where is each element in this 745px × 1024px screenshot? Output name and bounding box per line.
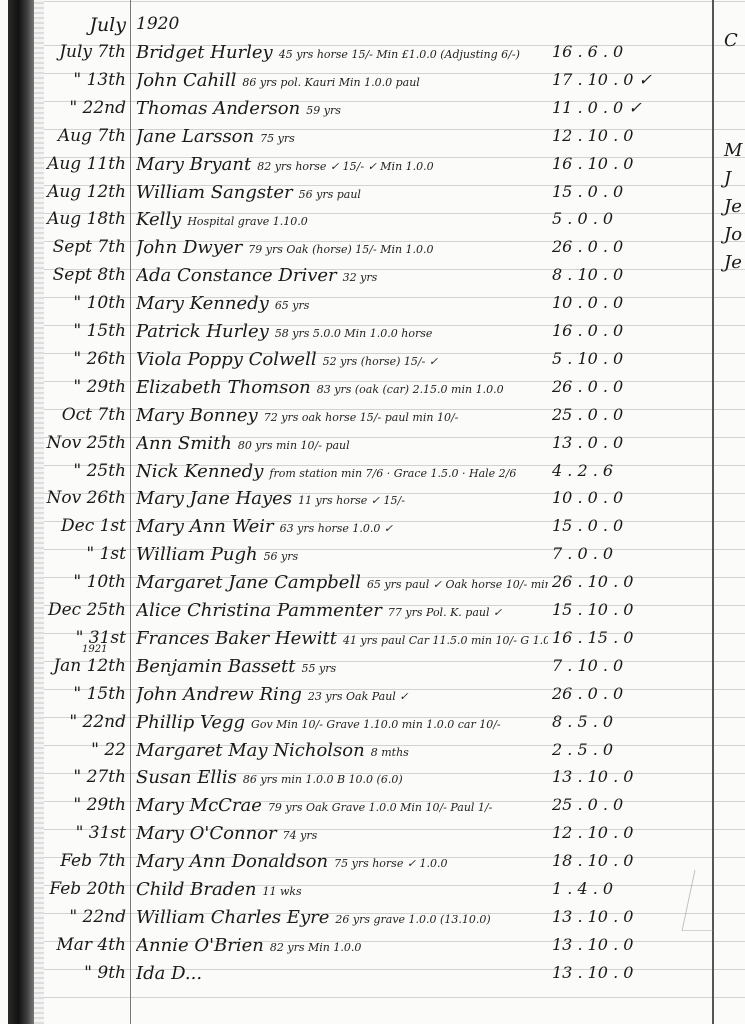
entry-text: Susan Ellis86 yrs min 1.0.0 B 10.0 (6.0)	[136, 767, 548, 788]
header-year: 1920	[136, 14, 548, 34]
entry-amount: 13 . 10 . 0	[552, 767, 662, 786]
margin-note: Jo	[724, 224, 745, 245]
entry-text: Bridget Hurley45 yrs horse 15/- Min £1.0…	[136, 42, 548, 63]
entry-amount: 5 . 10 . 0	[552, 349, 662, 368]
entry-amount: 10 . 0 . 0	[552, 488, 662, 507]
deceased-name: Ada Constance Driver	[136, 265, 337, 286]
entry-amount: 7 . 10 . 0	[552, 656, 662, 675]
entry-date: Feb 7th	[40, 851, 126, 871]
entry-text: John Cahill86 yrs pol. Kauri Min 1.0.0 p…	[136, 70, 548, 91]
entry-text: Ida D...	[136, 963, 548, 984]
entry-amount: 25 . 0 . 0	[552, 405, 662, 424]
ledger-row: Aug 11thMary Bryant82 yrs horse ✓ 15/- ✓…	[0, 154, 745, 182]
entry-details: 59 yrs	[306, 104, 341, 117]
entry-text: Ada Constance Driver32 yrs	[136, 265, 548, 286]
deceased-name: Elizabeth Thomson	[136, 377, 311, 398]
ledger-row: " 15thPatrick Hurley58 yrs 5.0.0 Min 1.0…	[0, 321, 745, 349]
entry-text: John Andrew Ring23 yrs Oak Paul ✓	[136, 684, 548, 705]
entry-details: 72 yrs oak horse 15/- paul min 10/-	[264, 411, 459, 424]
entry-amount: 8 . 10 . 0	[552, 265, 662, 284]
entry-details: 55 yrs	[301, 662, 336, 675]
entry-text: Mary Bonney72 yrs oak horse 15/- paul mi…	[136, 405, 548, 426]
margin-note: M	[724, 140, 745, 161]
entry-amount: 26 . 10 . 0	[552, 572, 662, 591]
entry-amount: 11 . 0 . 0 ✓	[552, 98, 662, 117]
deceased-name: Margaret Jane Campbell	[136, 572, 361, 593]
deceased-name: John Andrew Ring	[136, 684, 302, 705]
header-month: July	[40, 14, 126, 36]
entry-details: Hospital grave 1.10.0	[187, 215, 307, 228]
entry-details: 56 yrs paul	[299, 188, 361, 201]
entry-date: " 10th	[40, 293, 126, 313]
ledger-row: Jan 12th1921Benjamin Bassett55 yrs7 . 10…	[0, 656, 745, 684]
deceased-name: Mary Jane Hayes	[136, 488, 292, 509]
deceased-name: Mary Ann Donaldson	[136, 851, 328, 872]
entry-amount: 26 . 0 . 0	[552, 237, 662, 256]
ledger-row: Oct 7thMary Bonney72 yrs oak horse 15/- …	[0, 405, 745, 433]
ledger-row: " 22Margaret May Nicholson8 mths2 . 5 . …	[0, 740, 745, 768]
entry-date: Aug 11th	[40, 154, 126, 174]
entry-date: " 22	[40, 740, 126, 760]
deceased-name: Thomas Anderson	[136, 98, 300, 119]
entry-text: KellyHospital grave 1.10.0	[136, 209, 548, 230]
entry-date: Dec 1st	[40, 516, 126, 536]
entry-text: Frances Baker Hewitt41 yrs paul Car 11.5…	[136, 628, 548, 649]
entry-date: " 10th	[40, 572, 126, 592]
entry-date: Oct 7th	[40, 405, 126, 425]
entry-details: 45 yrs horse 15/- Min £1.0.0 (Adjusting …	[279, 48, 520, 61]
entry-text: Viola Poppy Colwell52 yrs (horse) 15/- ✓	[136, 349, 548, 370]
entry-details: 11 yrs horse ✓ 15/-	[298, 494, 405, 507]
entry-date: Jan 12th	[40, 656, 126, 676]
entry-date: " 9th	[40, 963, 126, 983]
ledger-row: " 27thSusan Ellis86 yrs min 1.0.0 B 10.0…	[0, 767, 745, 795]
ledger-row: " 10thMargaret Jane Campbell65 yrs paul …	[0, 572, 745, 600]
deceased-name: Mary Kennedy	[136, 293, 269, 314]
entry-details: 58 yrs 5.0.0 Min 1.0.0 horse	[275, 327, 433, 340]
ledger-header: July 1920	[0, 14, 745, 42]
entry-details: 63 yrs horse 1.0.0 ✓	[280, 522, 393, 535]
entry-text: Mary Jane Hayes11 yrs horse ✓ 15/-	[136, 488, 548, 509]
entry-date: Aug 18th	[40, 209, 126, 229]
entry-details: 82 yrs horse ✓ 15/- ✓ Min 1.0.0	[257, 160, 433, 173]
ledger-row: " 31stFrances Baker Hewitt41 yrs paul Ca…	[0, 628, 745, 656]
entry-amount: 26 . 0 . 0	[552, 377, 662, 396]
ledger-row: Aug 18thKellyHospital grave 1.10.05 . 0 …	[0, 209, 745, 237]
deceased-name: Mary Bryant	[136, 154, 251, 175]
deceased-name: John Dwyer	[136, 237, 242, 258]
entry-text: Alice Christina Pammenter77 yrs Pol. K. …	[136, 600, 548, 621]
entry-details: 86 yrs pol. Kauri Min 1.0.0 paul	[242, 76, 419, 89]
entry-date: Sept 7th	[40, 237, 126, 257]
entry-details: 79 yrs Oak Grave 1.0.0 Min 10/- Paul 1/-	[268, 801, 492, 814]
deceased-name: Kelly	[136, 209, 181, 230]
ledger-row: Mar 4thAnnie O'Brien82 yrs Min 1.0.013 .…	[0, 935, 745, 963]
deceased-name: Mary McCrae	[136, 795, 262, 816]
margin-note: Je	[724, 196, 745, 217]
entry-amount: 13 . 10 . 0	[552, 935, 662, 954]
deceased-name: Mary Ann Weir	[136, 516, 274, 537]
entry-amount: 15 . 0 . 0	[552, 516, 662, 535]
margin-note: C	[724, 30, 745, 51]
deceased-name: Jane Larsson	[136, 126, 254, 147]
entry-date: " 22nd	[40, 907, 126, 927]
deceased-name: Mary Bonney	[136, 405, 258, 426]
deceased-name: Viola Poppy Colwell	[136, 349, 317, 370]
year-note: 1921	[82, 644, 107, 655]
entry-details: 75 yrs horse ✓ 1.0.0	[334, 857, 447, 870]
deceased-name: Susan Ellis	[136, 767, 237, 788]
entry-amount: 15 . 0 . 0	[552, 182, 662, 201]
entry-amount: 16 . 6 . 0	[552, 42, 662, 61]
deceased-name: Patrick Hurley	[136, 321, 269, 342]
entry-amount: 26 . 0 . 0	[552, 684, 662, 703]
entry-text: William Sangster56 yrs paul	[136, 182, 548, 203]
entry-text: Elizabeth Thomson83 yrs (oak (car) 2.15.…	[136, 377, 548, 398]
ledger-row: " 29thElizabeth Thomson83 yrs (oak (car)…	[0, 377, 745, 405]
ledger-row: " 22ndWilliam Charles Eyre26 yrs grave 1…	[0, 907, 745, 935]
entry-date: Mar 4th	[40, 935, 126, 955]
margin-note: J	[724, 168, 745, 189]
deceased-name: William Pugh	[136, 544, 258, 565]
entry-date: Sept 8th	[40, 265, 126, 285]
deceased-name: Child Braden	[136, 879, 256, 900]
entry-details: 11 wks	[262, 885, 301, 898]
entry-amount: 17 . 10 . 0 ✓	[552, 70, 662, 89]
entry-amount: 10 . 0 . 0	[552, 293, 662, 312]
entry-date: " 1st	[40, 544, 126, 564]
ledger-row: " 22ndThomas Anderson59 yrs11 . 0 . 0 ✓	[0, 98, 745, 126]
entry-amount: 16 . 0 . 0	[552, 321, 662, 340]
entry-text: Thomas Anderson59 yrs	[136, 98, 548, 119]
entry-text: Nick Kennedyfrom station min 7/6 · Grace…	[136, 461, 548, 482]
deceased-name: Ida D...	[136, 963, 202, 984]
entry-details: 75 yrs	[260, 132, 295, 145]
entry-details: 80 yrs min 10/- paul	[238, 439, 350, 452]
entry-date: " 31st	[40, 823, 126, 843]
entry-amount: 15 . 10 . 0	[552, 600, 662, 619]
entry-text: Annie O'Brien82 yrs Min 1.0.0	[136, 935, 548, 956]
entry-text: Mary Ann Weir63 yrs horse 1.0.0 ✓	[136, 516, 548, 537]
entry-date: July 7th	[40, 42, 126, 62]
entry-details: 83 yrs (oak (car) 2.15.0 min 1.0.0	[317, 383, 504, 396]
entry-details: 65 yrs	[275, 299, 310, 312]
entry-date: Nov 26th	[40, 488, 126, 508]
ledger-row: Sept 7thJohn Dwyer79 yrs Oak (horse) 15/…	[0, 237, 745, 265]
ledger-row: Nov 25thAnn Smith80 yrs min 10/- paul13 …	[0, 433, 745, 461]
ledger-row: " 15thJohn Andrew Ring23 yrs Oak Paul ✓2…	[0, 684, 745, 712]
entry-text: John Dwyer79 yrs Oak (horse) 15/- Min 1.…	[136, 237, 548, 258]
entry-text: Mary Bryant82 yrs horse ✓ 15/- ✓ Min 1.0…	[136, 154, 548, 175]
deceased-name: Mary O'Connor	[136, 823, 277, 844]
entry-date: " 15th	[40, 684, 126, 704]
entry-amount: 13 . 0 . 0	[552, 433, 662, 452]
ledger-row: " 22ndPhillip VeggGov Min 10/- Grave 1.1…	[0, 712, 745, 740]
margin-note: Je	[724, 252, 745, 273]
deceased-name: Alice Christina Pammenter	[136, 600, 382, 621]
entry-date: Dec 25th	[40, 600, 126, 620]
ledger-row: " 26thViola Poppy Colwell52 yrs (horse) …	[0, 349, 745, 377]
entry-text: Mary Ann Donaldson75 yrs horse ✓ 1.0.0	[136, 851, 548, 872]
entry-text: Jane Larsson75 yrs	[136, 126, 548, 147]
entry-details: 77 yrs Pol. K. paul ✓	[388, 606, 502, 619]
entry-details: 8 mths	[371, 746, 409, 759]
ledger-page: July 1920 July 7thBridget Hurley45 yrs h…	[0, 0, 745, 1024]
entry-amount: 16 . 15 . 0	[552, 628, 662, 647]
entry-details: 41 yrs paul Car 11.5.0 min 10/- G 1.0.0	[343, 634, 548, 647]
deceased-name: Margaret May Nicholson	[136, 740, 365, 761]
deceased-name: John Cahill	[136, 70, 236, 91]
entry-text: Margaret May Nicholson8 mths	[136, 740, 548, 761]
entry-details: 56 yrs	[264, 550, 299, 563]
ledger-row: Sept 8thAda Constance Driver32 yrs8 . 10…	[0, 265, 745, 293]
entry-text: Ann Smith80 yrs min 10/- paul	[136, 433, 548, 454]
ledger-row: Dec 25thAlice Christina Pammenter77 yrs …	[0, 600, 745, 628]
ledger-row: Aug 7thJane Larsson75 yrs12 . 10 . 0	[0, 126, 745, 154]
entry-amount: 13 . 10 . 0	[552, 907, 662, 926]
ledger-row: Aug 12thWilliam Sangster56 yrs paul15 . …	[0, 182, 745, 210]
entry-details: 74 yrs	[283, 829, 318, 842]
ledger-row: Feb 7thMary Ann Donaldson75 yrs horse ✓ …	[0, 851, 745, 879]
entry-details: 82 yrs Min 1.0.0	[270, 941, 361, 954]
entry-date: " 13th	[40, 70, 126, 90]
deceased-name: Benjamin Bassett	[136, 656, 295, 677]
entry-date: " 27th	[40, 767, 126, 787]
entry-text: Margaret Jane Campbell65 yrs paul ✓ Oak …	[136, 572, 548, 593]
entry-details: 23 yrs Oak Paul ✓	[308, 690, 409, 703]
ledger-row: July 7thBridget Hurley45 yrs horse 15/- …	[0, 42, 745, 70]
ledger-row: " 29thMary McCrae79 yrs Oak Grave 1.0.0 …	[0, 795, 745, 823]
entry-text: William Charles Eyre26 yrs grave 1.0.0 (…	[136, 907, 548, 928]
entry-date: " 29th	[40, 795, 126, 815]
entry-amount: 2 . 5 . 0	[552, 740, 662, 759]
entry-details: Gov Min 10/- Grave 1.10.0 min 1.0.0 car …	[251, 718, 501, 731]
entry-date: Aug 12th	[40, 182, 126, 202]
deceased-name: William Sangster	[136, 182, 293, 203]
entry-date: " 26th	[40, 349, 126, 369]
entry-date: " 15th	[40, 321, 126, 341]
deceased-name: Nick Kennedy	[136, 461, 263, 482]
entry-date: " 22nd	[40, 98, 126, 118]
deceased-name: Phillip Vegg	[136, 712, 245, 733]
entry-details: 65 yrs paul ✓ Oak horse 10/- min 1.0.0	[367, 578, 548, 591]
deceased-name: Frances Baker Hewitt	[136, 628, 337, 649]
entry-amount: 13 . 10 . 0	[552, 963, 662, 982]
ledger-row: " 25thNick Kennedyfrom station min 7/6 ·…	[0, 461, 745, 489]
ledger-row: Dec 1stMary Ann Weir63 yrs horse 1.0.0 ✓…	[0, 516, 745, 544]
entry-date: Aug 7th	[40, 126, 126, 146]
entry-details: 86 yrs min 1.0.0 B 10.0 (6.0)	[243, 773, 403, 786]
ledger-row: " 1stWilliam Pugh56 yrs7 . 0 . 0	[0, 544, 745, 572]
entry-date: " 29th	[40, 377, 126, 397]
entry-date: " 22nd	[40, 712, 126, 732]
ledger-row: " 9thIda D...13 . 10 . 0	[0, 963, 745, 991]
entry-date: " 25th	[40, 461, 126, 481]
ledger-row: Feb 20thChild Braden11 wks1 . 4 . 0	[0, 879, 745, 907]
entry-text: Mary O'Connor74 yrs	[136, 823, 548, 844]
entry-text: William Pugh56 yrs	[136, 544, 548, 565]
entry-text: Child Braden11 wks	[136, 879, 548, 900]
entry-amount: 4 . 2 . 6	[552, 461, 662, 480]
entry-amount: 12 . 10 . 0	[552, 823, 662, 842]
entry-text: Patrick Hurley58 yrs 5.0.0 Min 1.0.0 hor…	[136, 321, 548, 342]
entry-details: 79 yrs Oak (horse) 15/- Min 1.0.0	[248, 243, 433, 256]
entry-amount: 5 . 0 . 0	[552, 209, 662, 228]
entry-amount: 25 . 0 . 0	[552, 795, 662, 814]
entry-details: 26 yrs grave 1.0.0 (13.10.0)	[335, 913, 490, 926]
ledger-row: " 31stMary O'Connor74 yrs12 . 10 . 0	[0, 823, 745, 851]
entry-text: Mary Kennedy65 yrs	[136, 293, 548, 314]
deceased-name: Annie O'Brien	[136, 935, 264, 956]
entry-date: Feb 20th	[40, 879, 126, 899]
entry-amount: 12 . 10 . 0	[552, 126, 662, 145]
entry-amount: 1 . 4 . 0	[552, 879, 662, 898]
deceased-name: Bridget Hurley	[136, 42, 273, 63]
entry-details: 32 yrs	[343, 271, 378, 284]
entry-text: Phillip VeggGov Min 10/- Grave 1.10.0 mi…	[136, 712, 548, 733]
entry-details: from station min 7/6 · Grace 1.5.0 · Hal…	[269, 467, 516, 480]
entry-amount: 18 . 10 . 0	[552, 851, 662, 870]
ledger-row: " 10thMary Kennedy65 yrs10 . 0 . 0	[0, 293, 745, 321]
entry-amount: 8 . 5 . 0	[552, 712, 662, 731]
entry-amount: 7 . 0 . 0	[552, 544, 662, 563]
ledger-row: Nov 26thMary Jane Hayes11 yrs horse ✓ 15…	[0, 488, 745, 516]
entry-amount: 16 . 10 . 0	[552, 154, 662, 173]
entry-details: 52 yrs (horse) 15/- ✓	[323, 355, 438, 368]
deceased-name: William Charles Eyre	[136, 907, 329, 928]
entry-date: Nov 25th	[40, 433, 126, 453]
deceased-name: Ann Smith	[136, 433, 232, 454]
entry-text: Mary McCrae79 yrs Oak Grave 1.0.0 Min 10…	[136, 795, 548, 816]
ledger-row: " 13thJohn Cahill86 yrs pol. Kauri Min 1…	[0, 70, 745, 98]
entry-text: Benjamin Bassett55 yrs	[136, 656, 548, 677]
